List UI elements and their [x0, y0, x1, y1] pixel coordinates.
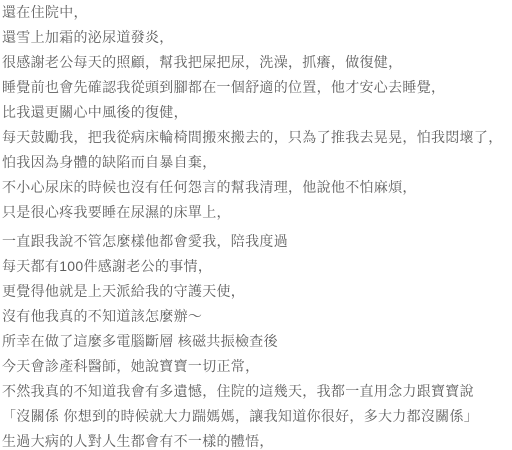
- article-text-block: 還在住院中，還雪上加霜的泌尿道發炎，很感謝老公每天的照顧，幫我把屎把尿，洗澡，抓…: [0, 0, 512, 450]
- text-line: 一直跟我說不管怎麼樣他都會愛我，陪我度過: [2, 229, 512, 254]
- text-line: 生過大病的人對人生都會有不一樣的體悟，: [2, 429, 512, 450]
- text-line: 睡覺前也會先確認我從頭到腳都在一個舒適的位置，他才安心去睡覺，: [2, 75, 512, 100]
- text-line: 今天會診產科醫師，她說寶寶一切正常，: [2, 354, 512, 379]
- paragraph: 一直跟我說不管怎麼樣他都會愛我，陪我度過每天都有100件感謝老公的事情，更覺得他…: [2, 229, 512, 450]
- text-line: 每天都有100件感謝老公的事情，: [2, 254, 512, 279]
- text-line: 沒有他我真的不知道該怎麼辦～: [2, 304, 512, 329]
- text-line: 怕我因為身體的缺陷而自暴自棄，: [2, 150, 512, 175]
- text-line: 不小心尿床的時候也沒有任何怨言的幫我清理，他說他不怕麻煩，: [2, 175, 512, 200]
- text-line: 比我還更關心中風後的復健，: [2, 100, 512, 125]
- text-line: 每天鼓勵我，把我從病床輪椅間搬來搬去的，只為了推我去晃晃，怕我悶壞了，: [2, 125, 512, 150]
- text-line: 很感謝老公每天的照顧，幫我把屎把尿，洗澡，抓癢，做復健，: [2, 50, 512, 75]
- paragraph: 還在住院中，還雪上加霜的泌尿道發炎，很感謝老公每天的照顧，幫我把屎把尿，洗澡，抓…: [2, 0, 512, 225]
- text-line: 還在住院中，: [2, 0, 512, 25]
- text-line: 「沒關係 你想到的時候就大力踹媽媽，讓我知道你很好，多大力都沒關係」: [2, 404, 512, 429]
- text-line: 所幸在做了這麼多電腦斷層 核磁共振檢查後: [2, 329, 512, 354]
- text-line: 更覺得他就是上天派給我的守護天使，: [2, 279, 512, 304]
- text-line: 還雪上加霜的泌尿道發炎，: [2, 25, 512, 50]
- text-line: 只是很心疼我要睡在尿濕的床單上，: [2, 200, 512, 225]
- text-line: 不然我真的不知道我會有多遺憾，住院的這幾天，我都一直用念力跟寶寶說: [2, 379, 512, 404]
